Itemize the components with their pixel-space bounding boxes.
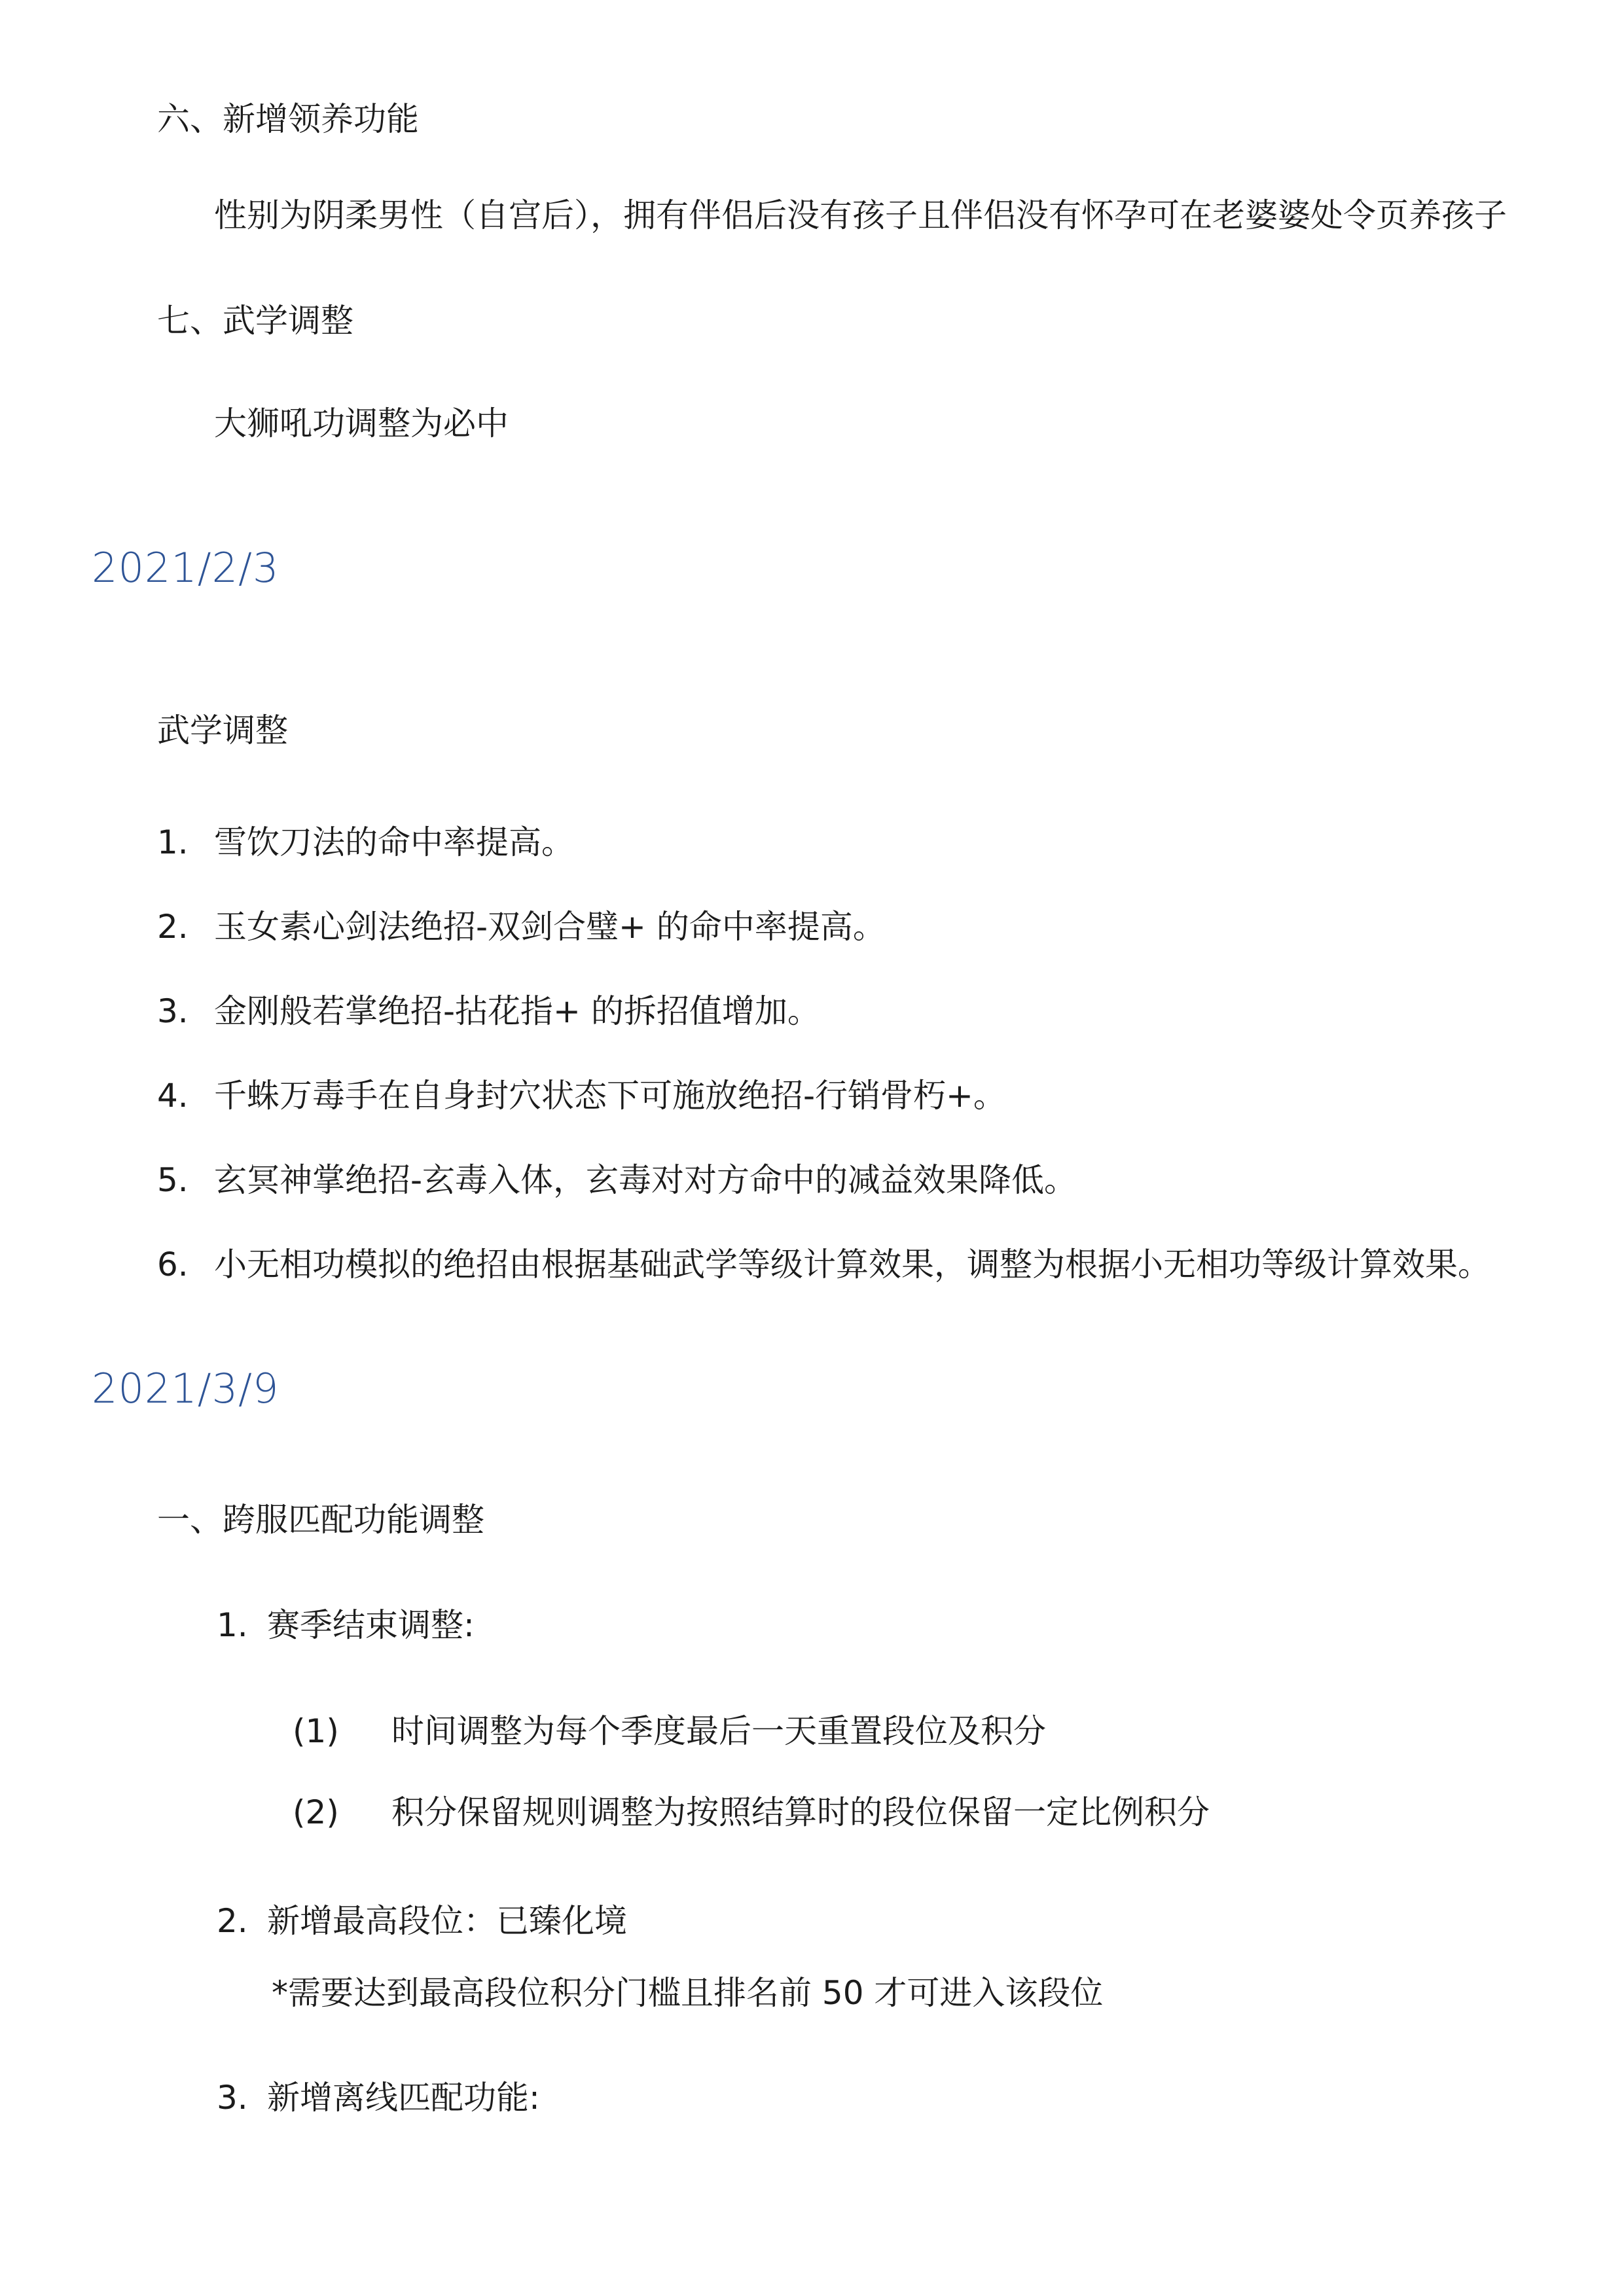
list-item-number: 4. — [157, 1071, 214, 1120]
list-item: 3. 金刚般若掌绝招-拈花指+ 的拆招值增加。 — [157, 987, 1624, 1035]
list-item-text: 新增离线匹配功能: — [267, 2073, 540, 2122]
list-item-text: 小无相功模拟的绝招由根据基础武学等级计算效果，调整为根据小无相功等级计算效果。 — [214, 1240, 1490, 1289]
list-item: 2. 新增最高段位：已臻化境 — [217, 1897, 1624, 1945]
list-item: 6. 小无相功模拟的绝招由根据基础武学等级计算效果，调整为根据小无相功等级计算效… — [157, 1240, 1624, 1289]
list-item-number: 5. — [157, 1156, 214, 1204]
paragraph-adopt-body: 性别为阴柔男性（自宫后），拥有伴侣后没有孩子且伴侣没有怀孕可在老婆婆处令页养孩子 — [214, 191, 1624, 240]
section-heading-wuxue: 七、武学调整 — [157, 296, 1624, 345]
list-item: 3. 新增离线匹配功能: — [217, 2073, 1624, 2122]
list-item-number: 1. — [157, 818, 214, 867]
list-item-text: 金刚般若掌绝招-拈花指+ 的拆招值增加。 — [214, 987, 820, 1035]
list-item-number: 2. — [157, 903, 214, 951]
list-item-text: 雪饮刀法的命中率提高。 — [214, 818, 574, 867]
list-item: 2. 玉女素心剑法绝招-双剑合璧+ 的命中率提高。 — [157, 903, 1624, 951]
list-item-text: 玄冥神掌绝招-玄毒入体，玄毒对对方命中的减益效果降低。 — [214, 1156, 1077, 1204]
paragraph-wuxue-body: 大狮吼功调整为必中 — [214, 399, 1624, 448]
section-heading-adopt: 六、新增领养功能 — [157, 95, 1624, 143]
list-item: 1. 雪饮刀法的命中率提高。 — [157, 818, 1624, 867]
list-item: 4. 千蛛万毒手在自身封穴状态下可施放绝招-行销骨朽+。 — [157, 1071, 1624, 1120]
list-item-number: 2. — [217, 1897, 267, 1945]
list-item-number: 3. — [217, 2073, 267, 2122]
subtitle-wuxue-tiaozheng: 武学调整 — [157, 706, 1624, 755]
sub-list-item-text: 时间调整为每个季度最后一天重置段位及积分 — [391, 1707, 1046, 1755]
list-item-text: 千蛛万毒手在自身封穴状态下可施放绝招-行销骨朽+。 — [214, 1071, 1006, 1120]
list-item-text: 玉女素心剑法绝招-双剑合璧+ 的命中率提高。 — [214, 903, 886, 951]
date-heading-2021-3-9: 2021/3/9 — [92, 1357, 1624, 1420]
list-item-number: 3. — [157, 987, 214, 1035]
sub-list-item-number: (1) — [293, 1707, 391, 1755]
date-heading-2021-2-3: 2021/2/3 — [92, 537, 1624, 600]
list-item-number: 1. — [217, 1601, 267, 1649]
document-page: 六、新增领养功能 性别为阴柔男性（自宫后），拥有伴侣后没有孩子且伴侣没有怀孕可在… — [0, 0, 1624, 2296]
list-item-number: 6. — [157, 1240, 214, 1289]
list-item: 1. 赛季结束调整: — [217, 1601, 1624, 1649]
section-heading-kuafu: 一、跨服匹配功能调整 — [157, 1496, 1624, 1544]
sub-list-item: (1) 时间调整为每个季度最后一天重置段位及积分 — [293, 1707, 1624, 1755]
list-item: 5. 玄冥神掌绝招-玄毒入体，玄毒对对方命中的减益效果降低。 — [157, 1156, 1624, 1204]
sub-list-item-text: 积分保留规则调整为按照结算时的段位保留一定比例积分 — [391, 1788, 1210, 1837]
list-item-text: 赛季结束调整: — [267, 1601, 475, 1649]
footnote-rank-requirement: *需要达到最高段位积分门槛且排名前 50 才可进入该段位 — [272, 1969, 1624, 2017]
list-item-text: 新增最高段位：已臻化境 — [267, 1897, 627, 1945]
sub-list-item-number: (2) — [293, 1788, 391, 1837]
sub-list-item: (2) 积分保留规则调整为按照结算时的段位保留一定比例积分 — [293, 1788, 1624, 1837]
